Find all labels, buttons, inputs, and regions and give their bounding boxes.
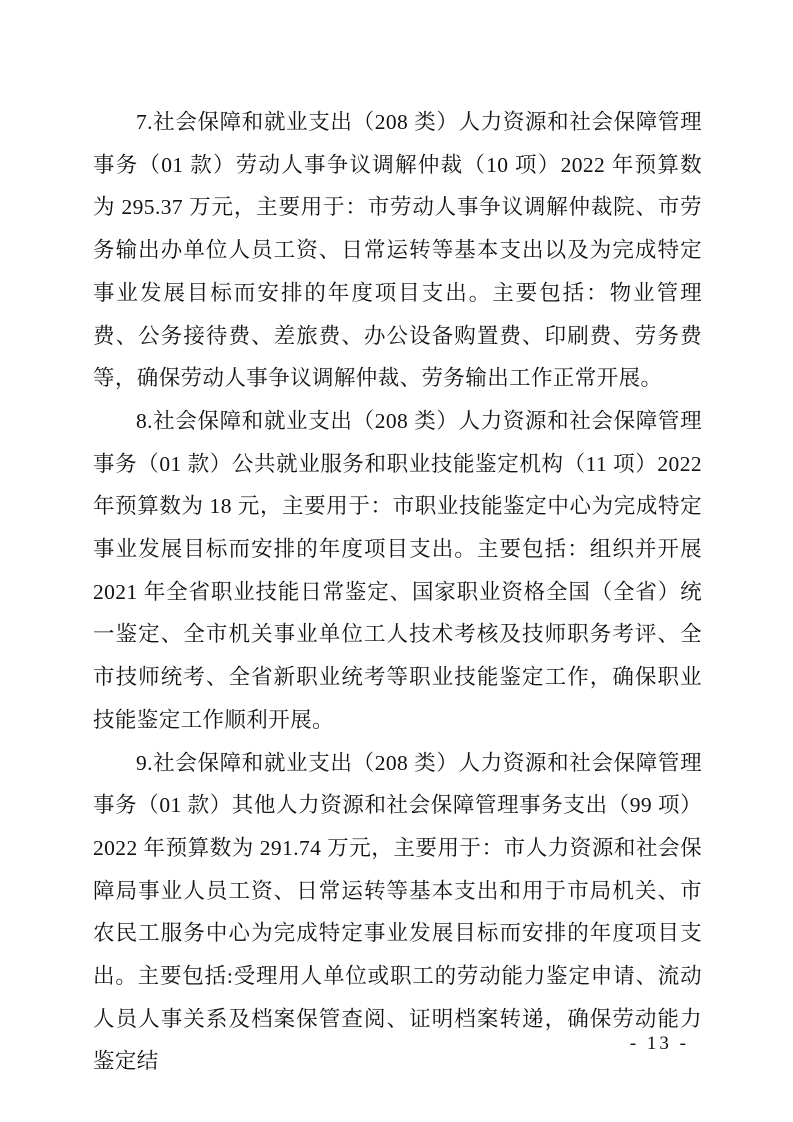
document-body: 7.社会保障和就业支出（208 类）人力资源和社会保障管理事务（01 款）劳动人… [93, 101, 702, 1083]
paragraph-item-7: 7.社会保障和就业支出（208 类）人力资源和社会保障管理事务（01 款）劳动人… [93, 101, 702, 400]
paragraph-item-8: 8.社会保障和就业支出（208 类）人力资源和社会保障管理事务（01 款）公共就… [93, 400, 702, 742]
document-page: 7.社会保障和就业支出（208 类）人力资源和社会保障管理事务（01 款）劳动人… [0, 0, 793, 1122]
paragraph-item-9: 9.社会保障和就业支出（208 类）人力资源和社会保障管理事务（01 款）其他人… [93, 742, 702, 1084]
page-number: - 13 - [630, 1030, 689, 1058]
